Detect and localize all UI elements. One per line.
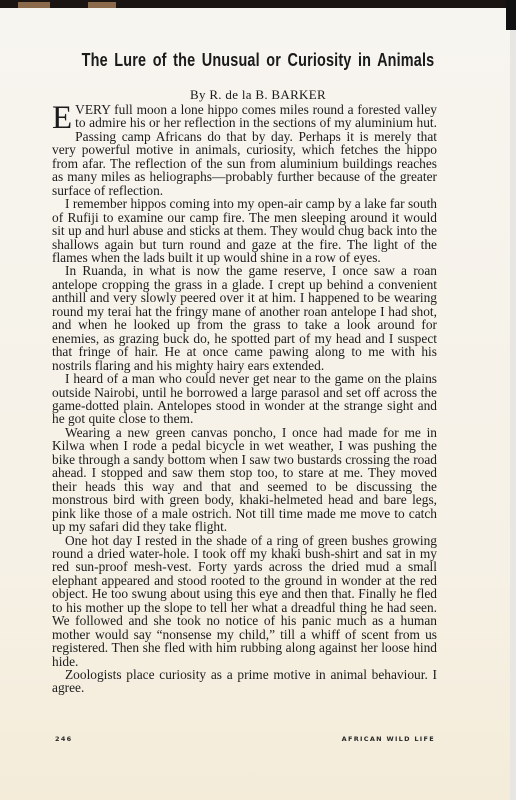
paragraph-text: VERY full moon a lone hippo comes miles … <box>52 102 437 198</box>
article-byline: By R. de la B. BARKER <box>0 87 516 103</box>
scan-right-edge <box>510 0 516 800</box>
drop-cap: E <box>52 105 72 131</box>
paragraph: Wearing a new green canvas poncho, I onc… <box>52 426 437 534</box>
paragraph: One hot day I rested in the shade of a r… <box>52 534 437 669</box>
paragraph: I remember hippos coming into my open-ai… <box>52 197 437 264</box>
scan-corner-shadow <box>506 0 516 30</box>
article-title: The Lure of the Unusual or Curiosity in … <box>57 49 459 71</box>
paragraph: In Ruanda, in what is now the game reser… <box>52 264 437 372</box>
paragraph: I heard of a man who could never get nea… <box>52 372 437 426</box>
page-footer: 246 AFRICAN WILD LIFE <box>55 735 435 743</box>
paragraph: EVERY full moon a lone hippo comes miles… <box>52 103 437 197</box>
publication-name: AFRICAN WILD LIFE <box>342 735 435 743</box>
page-number: 246 <box>55 735 72 743</box>
paragraph: Zoologists place curiosity as a prime mo… <box>52 668 437 695</box>
scan-top-edge <box>0 0 516 8</box>
article-body: EVERY full moon a lone hippo comes miles… <box>52 103 437 695</box>
